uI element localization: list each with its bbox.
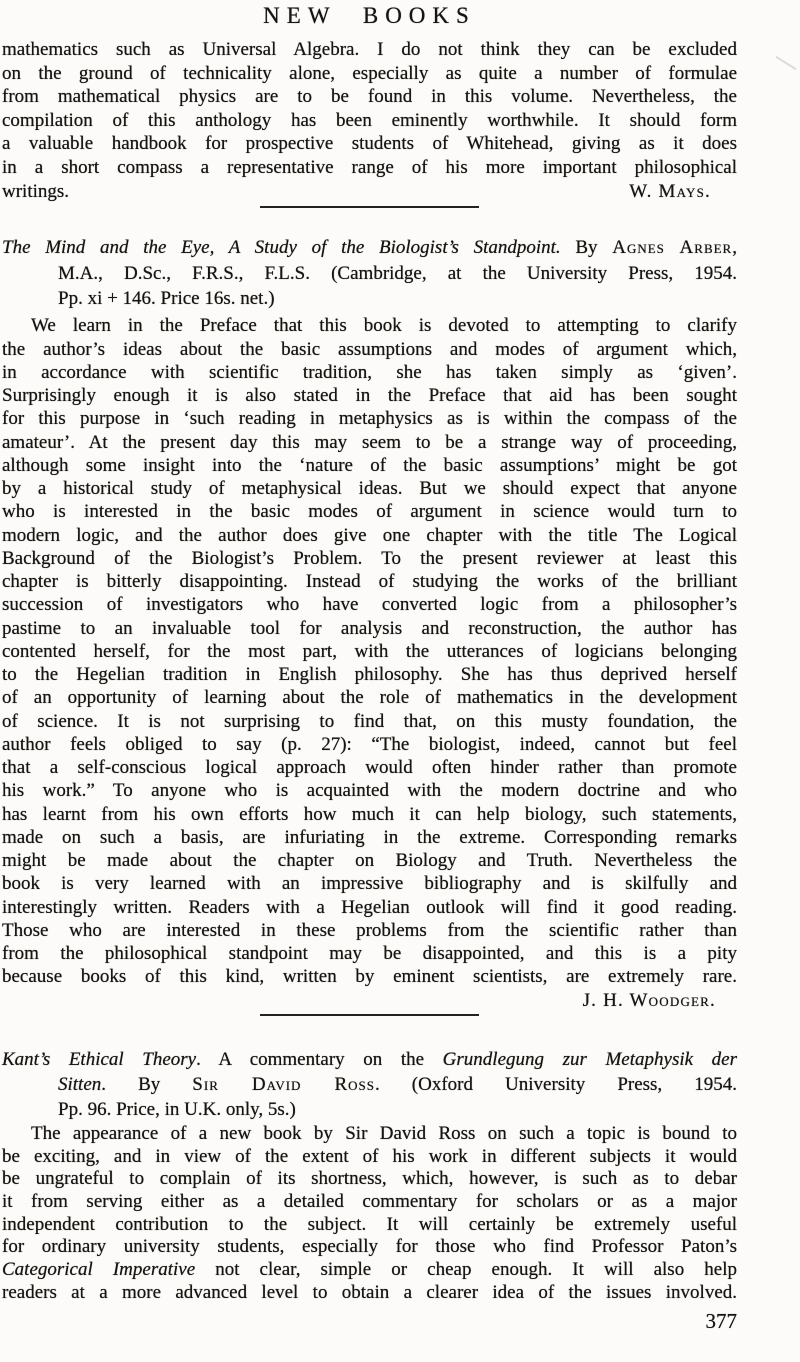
text-line: readers at a more advanced level to obta…: [2, 1282, 737, 1305]
text-line: might be made about the chapter on Biolo…: [2, 849, 737, 872]
text-run: made on such a basis, are infuriating in…: [2, 827, 737, 848]
text-run: Kant’s Ethical Theory: [2, 1049, 196, 1070]
text-line: although some insight into the ‘nature o…: [2, 454, 737, 477]
text-line: the author’s ideas about the basic assum…: [2, 338, 737, 361]
text-line: from mathematical physics are to be foun…: [2, 85, 737, 109]
text-line: has learnt from his own efforts how much…: [2, 803, 737, 826]
text-line: Pp. xi + 146. Price 16s. net.): [2, 286, 737, 311]
text-run: Agnes Arber: [612, 237, 732, 258]
separator-rule-2: [260, 1014, 479, 1016]
text-line: who is interested in the basic modes of …: [2, 500, 737, 523]
text-run: writings.: [2, 181, 69, 202]
text-run: for this purpose in ‘such reading in met…: [2, 408, 737, 429]
text-line: The appearance of a new book by Sir Davi…: [2, 1123, 737, 1146]
text-run: might be made about the chapter on Biolo…: [2, 850, 737, 871]
text-run: Pp. xi + 146. Price 16s. net.): [58, 288, 275, 309]
text-line: succession of investigators who have con…: [2, 593, 737, 616]
text-run: The appearance of a new book by Sir Davi…: [31, 1123, 737, 1144]
text-run: because books of this kind, written by e…: [2, 966, 737, 987]
text-run: from mathematical physics are to be foun…: [2, 86, 737, 107]
text-line: M.A., D.Sc., F.R.S., F.L.S. (Cambridge, …: [2, 261, 737, 286]
text-line: W. Mays.writings.: [2, 180, 737, 204]
text-run: amateur’. At the present day this may se…: [2, 432, 737, 453]
text-line: Those who are interested in these proble…: [2, 919, 737, 942]
text-line: be exciting, and in view of the extent o…: [2, 1146, 737, 1169]
text-run: has learnt from his own efforts how much…: [2, 804, 737, 825]
text-line: independent contribution to the subject.…: [2, 1214, 737, 1237]
text-line: of science. It is not surprising to find…: [2, 710, 737, 733]
ross-book-reference: Kant’s Ethical Theory. A commentary on t…: [2, 1047, 737, 1123]
text-line: Background of the Biologist’s Problem. T…: [2, 547, 737, 570]
text-run: . (Oxford University Press, 1954.: [375, 1074, 737, 1095]
text-run: a valuable handbook for prospective stud…: [2, 133, 737, 154]
text-line: for ordinary university students, especi…: [2, 1236, 737, 1259]
text-line: modern logic, and the author does give o…: [2, 524, 737, 547]
text-line: a valuable handbook for prospective stud…: [2, 132, 737, 156]
text-run: The Mind and the Eye, A Study of the Bio…: [2, 237, 561, 258]
text-run: in accordance with scientific tradition,…: [2, 362, 737, 383]
text-run: not clear, simple or cheap enough. It wi…: [195, 1259, 737, 1280]
text-run: . A commentary on the: [196, 1049, 443, 1070]
text-line: on the ground of technicality alone, esp…: [2, 62, 737, 86]
text-run: readers at a more advanced level to obta…: [2, 1282, 737, 1303]
text-run: chapter is bitterly disappointing. Inste…: [2, 571, 737, 592]
text-line: of an opportunity of learning about the …: [2, 686, 737, 709]
text-run: interestingly written. Readers with a He…: [2, 897, 737, 918]
page-title: NEW BOOKS: [2, 3, 737, 29]
inline-reviewer-signature: W. Mays.: [629, 180, 711, 204]
text-line: chapter is bitterly disappointing. Inste…: [2, 570, 737, 593]
text-run: for ordinary university students, especi…: [2, 1236, 737, 1257]
text-run: ,: [732, 237, 737, 258]
text-run: his work.” To anyone who is acquainted w…: [2, 780, 737, 801]
text-line: because books of this kind, written by e…: [2, 965, 737, 988]
ross-review: The appearance of a new book by Sir Davi…: [2, 1123, 737, 1305]
text-line: Categorical Imperative not clear, simple…: [2, 1259, 737, 1282]
mays-review-end: mathematics such as Universal Algebra. I…: [2, 38, 737, 203]
text-line: Surprisingly enough it is also stated in…: [2, 384, 737, 407]
text-run: compilation of this anthology has been e…: [2, 110, 737, 131]
text-line: Pp. 96. Price, in U.K. only, 5s.): [2, 1097, 737, 1122]
woodger-signature: J. H. Woodger.: [2, 989, 737, 1012]
text-run: author feels obliged to say (p. 27): “Th…: [2, 734, 737, 755]
text-line: it from serving either as a detailed com…: [2, 1191, 737, 1214]
text-line: made on such a basis, are infuriating in…: [2, 826, 737, 849]
text-run: be ungrateful to complain of its shortne…: [2, 1168, 737, 1189]
text-line: his work.” To anyone who is acquainted w…: [2, 779, 737, 802]
text-run: although some insight into the ‘nature o…: [2, 455, 737, 476]
text-run: modern logic, and the author does give o…: [2, 525, 737, 546]
text-run: M.A., D.Sc., F.R.S., F.L.S. (Cambridge, …: [58, 263, 737, 284]
text-line: from the philosophical standpoint may be…: [2, 942, 737, 965]
text-line: book is very learned with an impressive …: [2, 872, 737, 895]
separator-rule-1: [260, 206, 479, 208]
text-run: of an opportunity of learning about the …: [2, 687, 737, 708]
text-run: Grundlegung zur Metaphysik der: [443, 1049, 737, 1070]
text-run: by a historical study of metaphysical id…: [2, 478, 737, 499]
text-line: that a self-conscious logical approach w…: [2, 756, 737, 779]
arber-book-reference: The Mind and the Eye, A Study of the Bio…: [2, 235, 737, 311]
text-line: The Mind and the Eye, A Study of the Bio…: [2, 235, 737, 260]
text-line: be ungrateful to complain of its shortne…: [2, 1168, 737, 1191]
text-line: contented herself, for the most part, wi…: [2, 640, 737, 663]
text-line: Kant’s Ethical Theory. A commentary on t…: [2, 1047, 737, 1072]
document-body: NEW BOOKS mathematics such as Universal …: [2, 3, 737, 1333]
text-run: be exciting, and in view of the extent o…: [2, 1146, 737, 1167]
text-run: Sir David Ross: [192, 1074, 375, 1095]
text-run: on the ground of technicality alone, esp…: [2, 63, 737, 84]
text-run: it from serving either as a detailed com…: [2, 1191, 737, 1212]
text-run: succession of investigators who have con…: [2, 594, 737, 615]
woodger-review: We learn in the Preface that this book i…: [2, 314, 737, 988]
text-run: that a self-conscious logical approach w…: [2, 757, 737, 778]
text-run: Background of the Biologist’s Problem. T…: [2, 548, 737, 569]
text-run: of science. It is not surprising to find…: [2, 711, 737, 732]
text-run: contented herself, for the most part, wi…: [2, 641, 737, 662]
text-line: We learn in the Preface that this book i…: [2, 314, 737, 337]
text-line: compilation of this anthology has been e…: [2, 109, 737, 133]
text-run: By: [561, 237, 613, 258]
text-run: Surprisingly enough it is also stated in…: [2, 385, 737, 406]
text-line: pastime to an invaluable tool for analys…: [2, 617, 737, 640]
text-run: We learn in the Preface that this book i…: [31, 315, 737, 336]
text-run: Pp. 96. Price, in U.K. only, 5s.): [58, 1099, 296, 1120]
text-run: book is very learned with an impressive …: [2, 873, 737, 894]
text-run: Those who are interested in these proble…: [2, 920, 737, 941]
text-line: for this purpose in ‘such reading in met…: [2, 407, 737, 430]
text-run: . By: [101, 1074, 192, 1095]
text-line: mathematics such as Universal Algebra. I…: [2, 38, 737, 62]
text-line: by a historical study of metaphysical id…: [2, 477, 737, 500]
page-number: 377: [2, 1309, 737, 1333]
text-line: Sitten. By Sir David Ross. (Oxford Unive…: [2, 1072, 737, 1097]
scanned-journal-page: NEW BOOKS mathematics such as Universal …: [0, 0, 800, 1362]
text-line: to the Hegelian tradition in English phi…: [2, 663, 737, 686]
text-line: in accordance with scientific tradition,…: [2, 361, 737, 384]
text-line: author feels obliged to say (p. 27): “Th…: [2, 733, 737, 756]
text-run: from the philosophical standpoint may be…: [2, 943, 737, 964]
text-run: in a short compass a representative rang…: [2, 157, 737, 178]
text-run: Sitten: [58, 1074, 101, 1095]
text-line: amateur’. At the present day this may se…: [2, 431, 737, 454]
text-run: pastime to an invaluable tool for analys…: [2, 618, 737, 639]
text-line: interestingly written. Readers with a He…: [2, 896, 737, 919]
text-run: mathematics such as Universal Algebra. I…: [2, 39, 737, 60]
scan-artifact: [775, 56, 796, 70]
text-run: independent contribution to the subject.…: [2, 1214, 737, 1235]
text-run: who is interested in the basic modes of …: [2, 501, 737, 522]
text-run: to the Hegelian tradition in English phi…: [2, 664, 737, 685]
text-line: in a short compass a representative rang…: [2, 156, 737, 180]
text-run: the author’s ideas about the basic assum…: [2, 339, 737, 360]
text-run: Categorical Imperative: [2, 1259, 195, 1280]
